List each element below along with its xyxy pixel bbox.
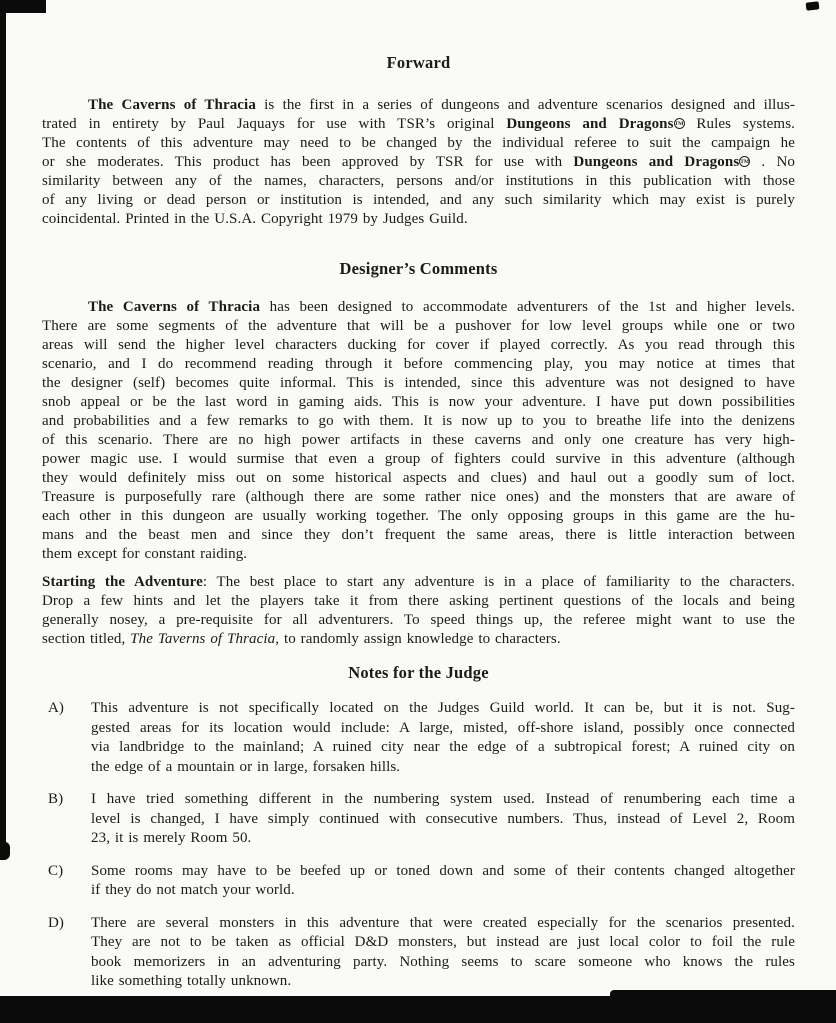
text-line: generally nosey, a pre-requisite for all… (42, 611, 795, 630)
text-line: The Caverns of Thracia has been designed… (42, 298, 795, 317)
text-line: gested areas for its location would incl… (91, 719, 795, 739)
text-line: They are not to be taken as official D&D… (91, 933, 795, 953)
text-line: Some rooms may have to be beefed up or t… (91, 862, 795, 882)
dnd-title-bold: Dungeons and Dragons (573, 154, 739, 170)
designers-comments-heading: Designer’s Comments (42, 260, 795, 278)
text-line: scenario, and I do recommend reading thr… (42, 355, 795, 374)
text-line: This adventure is not specifically locat… (91, 699, 795, 719)
page-content: Forward The Caverns of Thracia is the fi… (42, 0, 795, 1005)
text-line: The Caverns of Thracia is the first in a… (42, 96, 795, 115)
starting-adventure-paragraph: Starting the Adventure: The best place t… (42, 573, 795, 649)
text-line: they would definitely miss out on some h… (42, 469, 795, 488)
text-line: and probabilities and a few remarks to g… (42, 412, 795, 431)
text-segment: has been designed to accommodate adventu… (260, 299, 795, 315)
list-item-body: This adventure is not specifically locat… (91, 699, 795, 777)
scan-artifact-bottom-bar (0, 996, 836, 1023)
list-item-d: D) There are several monsters in this ad… (42, 914, 795, 992)
text-segment: is the first in a series of dungeons and… (256, 97, 795, 113)
forward-heading: Forward (42, 54, 795, 72)
notes-for-judge-heading: Notes for the Judge (42, 664, 795, 682)
designers-comments-paragraph: The Caverns of Thracia has been designed… (42, 298, 795, 564)
text-line: the designer (self) becomes quite inform… (42, 374, 795, 393)
text-line: power magic use. I would surmise that ev… (42, 450, 795, 469)
text-segment: section titled, (42, 631, 130, 647)
starting-adventure-bold: Starting the Adventure (42, 574, 203, 590)
text-line: if they do not match your world. (91, 881, 795, 901)
text-segment: : The best place to start any adventure … (203, 574, 795, 590)
forward-paragraph: The Caverns of Thracia is the first in a… (42, 96, 795, 229)
list-item-body: Some rooms may have to be beefed up or t… (91, 862, 795, 901)
text-line: There are some segments of the adventure… (42, 317, 795, 336)
text-line: them except for constant raiding. (42, 545, 795, 564)
list-item-label: C) (42, 862, 91, 901)
book-title-bold: The Caverns of Thracia (88, 299, 260, 315)
text-line: trated in entirety by Paul Jaquays for u… (42, 115, 795, 134)
text-line: Treasure is purposefully rare (although … (42, 488, 795, 507)
text-line: 23, it is merely Room 50. (91, 829, 795, 849)
text-line: The contents of this adventure may need … (42, 134, 795, 153)
list-item-label: B) (42, 790, 91, 849)
text-line: similarity between any of the names, cha… (42, 172, 795, 191)
scan-artifact-top-left (0, 0, 46, 13)
book-title-bold: The Caverns of Thracia (88, 97, 256, 113)
text-line: areas will send the higher level charact… (42, 336, 795, 355)
list-item-body: I have tried something different in the … (91, 790, 795, 849)
text-line: Starting the Adventure: The best place t… (42, 573, 795, 592)
text-line: I have tried something different in the … (91, 790, 795, 810)
text-line: the edge of a mountain or in large, fors… (91, 758, 795, 778)
list-item-c: C) Some rooms may have to be beefed up o… (42, 862, 795, 901)
list-item-body: There are several monsters in this adven… (91, 914, 795, 992)
dnd-title-bold: Dungeons and Dragons (506, 116, 673, 132)
text-segment: , to randomly assign knowledge to charac… (275, 631, 560, 647)
text-line: There are several monsters in this adven… (91, 914, 795, 934)
scan-artifact-top-right (806, 1, 820, 10)
text-line: of any living or dead person or institut… (42, 191, 795, 210)
text-segment: trated in entirety by Paul Jaquays for u… (42, 116, 506, 132)
text-line: level is changed, I have simply continue… (91, 810, 795, 830)
text-line: coincidental. Printed in the U.S.A. Copy… (42, 210, 795, 229)
text-line: Drop a few hints and let the players tak… (42, 592, 795, 611)
text-line: via landbridge to the mainland; A ruined… (91, 738, 795, 758)
text-line: or she moderates. This product has been … (42, 153, 795, 172)
trademark-icon: TM (739, 156, 750, 167)
list-item-a: A) This adventure is not specifically lo… (42, 699, 795, 777)
text-segment: Rules systems. (685, 116, 795, 132)
text-line: each other in this dungeon are usually w… (42, 507, 795, 526)
text-line: snob appeal or be the last word in gamin… (42, 393, 795, 412)
text-line: section titled, The Taverns of Thracia, … (42, 630, 795, 649)
text-line: of this scenario. There are no high powe… (42, 431, 795, 450)
scan-artifact-left-blob (0, 842, 10, 860)
text-line: mans and the beast men and since they do… (42, 526, 795, 545)
list-item-label: A) (42, 699, 91, 777)
judge-notes-list: A) This adventure is not specifically lo… (42, 699, 795, 992)
scan-artifact-left-edge (0, 0, 6, 857)
list-item-label: D) (42, 914, 91, 992)
text-segment: . No (750, 154, 795, 170)
text-line: book memorizers in an adventuring party.… (91, 953, 795, 973)
text-line: like something totally unknown. (91, 972, 795, 992)
list-item-b: B) I have tried something different in t… (42, 790, 795, 849)
text-segment: or she moderates. This product has been … (42, 154, 573, 170)
taverns-title-italic: The Taverns of Thracia (130, 631, 275, 647)
trademark-icon: TM (674, 118, 685, 129)
